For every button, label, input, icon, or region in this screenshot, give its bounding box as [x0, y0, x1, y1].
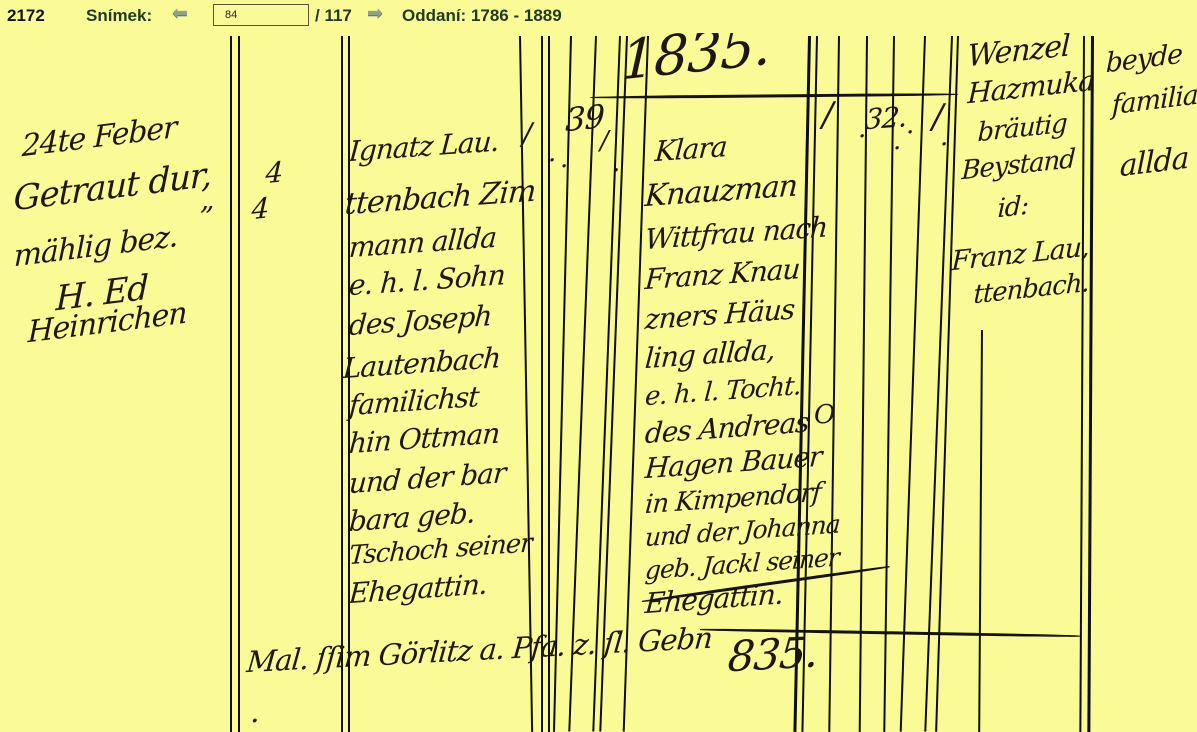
handwriting-house-numbers: 4	[251, 194, 269, 224]
ink-mark: .	[940, 124, 948, 150]
column-ruling-line	[230, 36, 232, 732]
handwriting-signature-line: 835.	[726, 631, 819, 678]
handwriting-witness-column: Wenzel	[967, 31, 1070, 72]
handwriting-witness-column: bräutig	[977, 111, 1067, 147]
frame-number-input[interactable]	[213, 4, 309, 26]
column-ruling-line	[238, 36, 240, 732]
handwriting-groom-column: mann allda	[348, 224, 497, 262]
ink-mark: .	[560, 146, 568, 172]
handwriting-date-officiant-column: 24te Feber	[21, 113, 176, 162]
handwriting-groom-column: familichst	[348, 383, 479, 420]
handwriting-bride-column: Klara	[654, 133, 727, 166]
handwriting-groom-column: und der bar	[348, 459, 506, 498]
handwriting-signature-line: Mal. ſſim Görlitz a. Pfa. z. ſl. Gebn	[245, 624, 713, 678]
record-number: 2172	[7, 6, 45, 26]
ink-mark: .	[858, 116, 866, 142]
handwriting-witness-column: ttenbach.	[973, 270, 1089, 308]
handwriting-witness-column: Hazmuka	[967, 67, 1094, 109]
viewer-toolbar: 2172 Snímek: ⬅ / 117 ➡ Oddaní: 1786 - 18…	[0, 0, 1197, 33]
ink-mark: „	[200, 186, 215, 214]
handwriting-groom-column: bara geb.	[348, 499, 476, 536]
handwriting-entry-number: 39	[565, 100, 605, 136]
handwriting-bride-column: Franz Knau	[644, 255, 800, 294]
ink-mark: .	[250, 698, 260, 728]
handwriting-date-officiant-column: Heinrichen	[27, 299, 186, 349]
column-ruling-line	[978, 330, 983, 732]
register-scan-image: 1835.3932.4424te FeberGetraut dur,mählig…	[0, 0, 1197, 732]
handwriting-house-numbers: 4	[265, 158, 283, 188]
handwriting-groom-column: hin Ottman	[348, 419, 500, 458]
ink-mark: .	[893, 128, 901, 154]
handwriting-families-column: familias	[1112, 80, 1197, 119]
column-ruling-line	[541, 36, 543, 732]
handwriting-bride-column: Ehegattin.	[644, 580, 784, 618]
next-frame-icon[interactable]: ➡	[367, 3, 383, 25]
handwriting-bride-column: e. h. l. Tocht.	[644, 373, 801, 410]
handwriting-bride-column: ling allda,	[644, 336, 776, 373]
handwriting-groom-column: des Joseph	[348, 302, 492, 340]
ink-mark: /	[600, 128, 609, 154]
ink-mark: O	[814, 402, 835, 428]
ink-mark: .	[548, 140, 556, 166]
column-ruling-line	[900, 36, 926, 732]
handwriting-date-officiant-column: Getraut dur,	[13, 158, 211, 217]
ink-mark: /	[522, 120, 532, 150]
handwriting-groom-column: Ignatz Lau.	[348, 128, 499, 167]
handwriting-families-column: allda	[1119, 144, 1188, 183]
column-ruling-line	[1079, 36, 1085, 732]
handwriting-bride-column: Knauzman	[644, 171, 798, 212]
archive-viewer: 2172 Snímek: ⬅ / 117 ➡ Oddaní: 1786 - 18…	[0, 0, 1197, 732]
column-ruling-line	[828, 36, 840, 732]
ink-mark: .	[906, 112, 914, 138]
handwriting-witness-column: id:	[997, 193, 1028, 222]
handwriting-witness-column: Beystand	[961, 146, 1075, 184]
handwriting-families-column: beyde	[1106, 41, 1183, 78]
frame-total: / 117	[315, 6, 352, 26]
handwriting-groom-column: e. h. l. Sohn	[348, 261, 506, 300]
ink-mark: .	[612, 150, 620, 176]
register-range: Oddaní: 1786 - 1889	[402, 6, 562, 26]
handwriting-groom-column: Lautenbach	[342, 344, 501, 383]
handwriting-bride-column: zners Häus	[644, 296, 795, 335]
handwriting-date-officiant-column: mählig bez.	[13, 222, 177, 272]
handwriting-groom-column: Ehegattin.	[348, 570, 488, 608]
prev-frame-icon[interactable]: ⬅	[172, 3, 188, 25]
frame-label: Snímek:	[86, 6, 152, 26]
handwriting-bride-column: Wittfrau nach	[644, 213, 828, 254]
handwriting-bride-column: Hagen Bauer	[644, 443, 822, 484]
ink-mark: /	[822, 98, 833, 132]
handwriting-groom-column: ttenbach Zim	[344, 177, 536, 221]
column-ruling-line	[1087, 36, 1094, 732]
